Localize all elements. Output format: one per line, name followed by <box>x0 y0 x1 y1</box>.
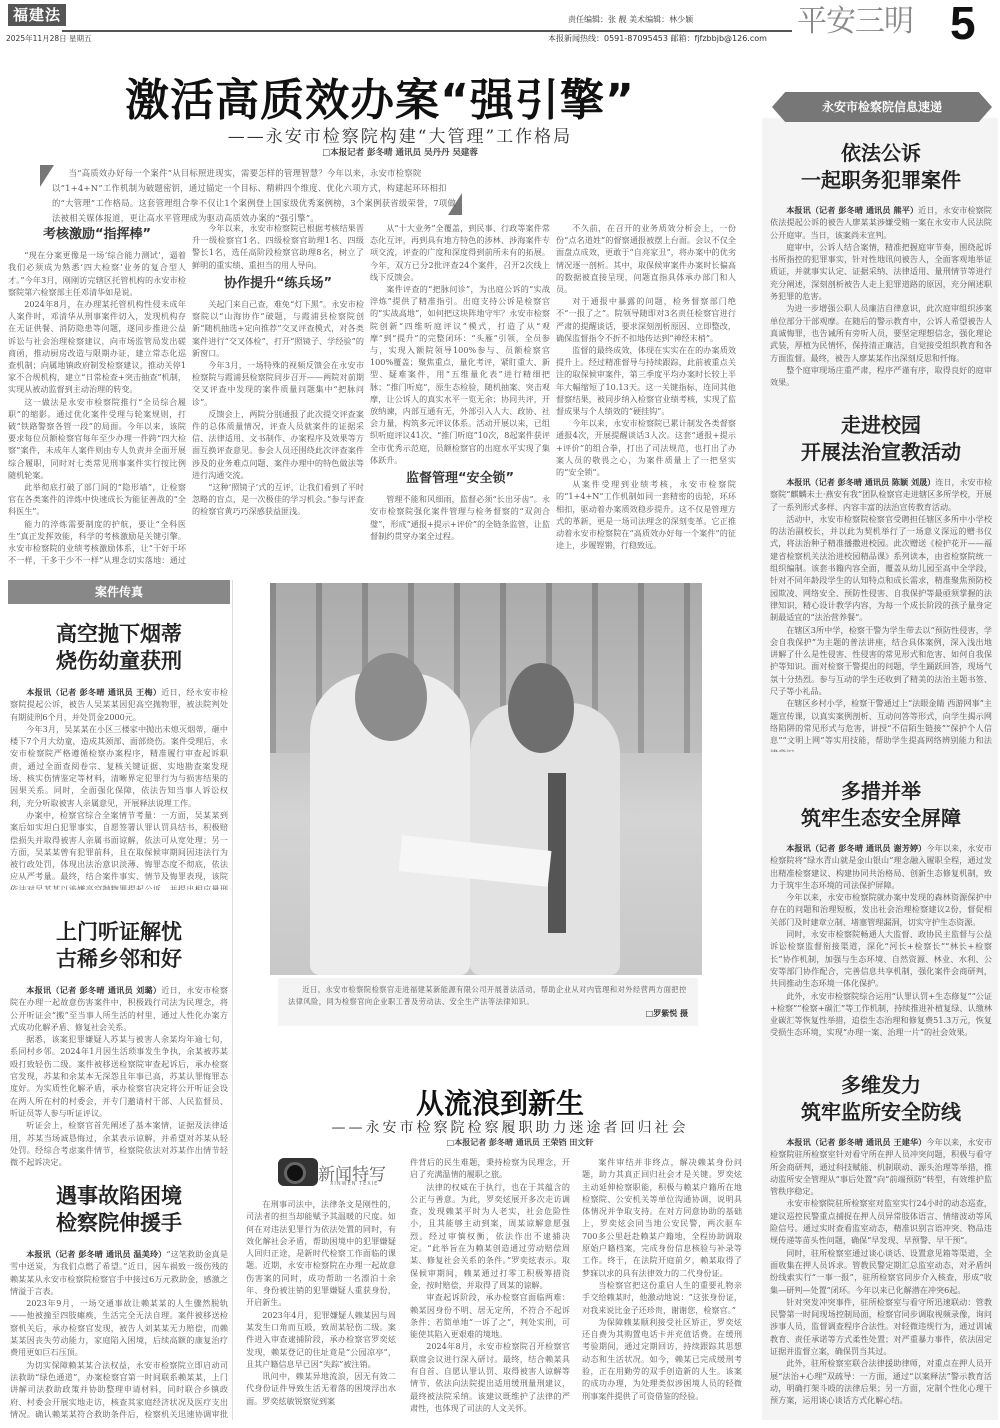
sidebar-banner: 永安市检察院信息速递 <box>772 92 992 122</box>
paragraph: 不久前，在召开的业务质效分析会上，一份份“点名道姓”的督察通报被摆上台面。会议不… <box>556 222 736 295</box>
paragraph: 反馈会上，两院分别通报了此次提交评查案件的总体质量情况，评查人员就案件的证据采信… <box>192 408 364 481</box>
article-headline-line2: 开展法治宣教活动 <box>770 439 992 466</box>
article-headline-line1: 多维发力 <box>770 1072 992 1099</box>
paragraph: 2024年8月，永安市检察院召开检察官联席会议进行深入研讨。最终，结合赖某具有自… <box>410 1340 570 1414</box>
article-headline-line1: 多措并举 <box>770 778 992 805</box>
masthead-divider <box>62 30 792 32</box>
paragraph: 此举彻底打破了部门间的“隐形墙”，让检察官在各类案件的淬炼中快速成长为能征善战的… <box>8 481 186 518</box>
section-subhead: 监督管理“安全锁” <box>370 473 550 485</box>
paragraph: 为切实保障赖某某合法权益，永安市检察院立即启动司法救助“绿色通道”，办案检察官第… <box>10 1359 228 1422</box>
paragraph: 讯问中，赖某异地流浪，因无有效二代身份证件导致生活无着落的困境浮出水面。罗奕炫敏… <box>246 1370 396 1407</box>
paragraph: 案件审结并非终点，解决赖某身份问题，助力其真正回归社会才是关键。罗奕炫主动延伸检… <box>582 1156 742 1279</box>
paragraph: 永安市检察院驻所检察室对监室实行24小时的动态巡查，建议巡控民警重点捕捉在押人员… <box>770 1197 992 1246</box>
paragraph: 据悉，该案犯罪嫌疑人苏某与被害人余某均年逾七旬，系同村乡邻。2024年1月因生活… <box>10 1033 228 1119</box>
paragraph: 案件评查的“把脉问诊”，为出庭公诉的“实战淬炼”提供了精准指引。出庭支持公诉是检… <box>370 283 550 466</box>
main-article-column-1: 考核激励“指挥棒” “现在分案更像是一场‘综合能力测试’，逼着我们必须成为熟悉‘… <box>8 222 186 567</box>
paragraph: 为保障赖某顺利接受社区矫正，罗奕炫还自费为其购置电话卡并充值话费。在缓刑考验期间… <box>582 1316 742 1402</box>
paragraph: 当检察官把这份重启人生的重要礼物亲手交给赖某时，他激动地说：“这张身份证，对我来… <box>582 1279 742 1316</box>
main-article-column-2: 今年以来，永安市检察院已根据考核结果晋升一级检察官1名、四级检察官助理1名、四级… <box>192 222 364 567</box>
paragraph: 今年3月，吴某某在小区三楼家中抛出未熄灭烟蒂，砸中楼下7个月大幼童，造成其颈部、… <box>10 723 228 809</box>
dateline: 本报讯（记者 彭冬晴 通讯员 谢芳婷） <box>786 843 926 853</box>
paragraph: 整个庭审现场庄重严肃，程序严谨有序，取得良好的庭审效果。 <box>770 364 992 389</box>
section-title: 平安三明 <box>797 2 913 42</box>
article-headline-line2: 一起职务犯罪案件 <box>770 167 992 194</box>
paragraph: 2023年4月，犯罪嫌疑人赖某因与周某发生口角而互殴，致周某轻伤二级。案件进入审… <box>246 1309 396 1370</box>
paragraph: 从“十大业务”全覆盖，到民事、行政等案件常态化互评，再到具有地方特色的涉林、涉海… <box>370 222 550 283</box>
case-column-banner: 案件传真 <box>8 580 230 604</box>
camera-lens-icon <box>284 1162 306 1184</box>
article-headline-line1: 遇事故陷困境 <box>10 1182 228 1209</box>
paragraph: 关起门来自己查，难免“灯下黑”。永安市检察院以“山海协作”破题，与霞浦县检察院创… <box>192 298 364 359</box>
editors-credit: 责任编辑：张 靓 美术编辑：林少颖 <box>568 14 693 25</box>
dateline: 本报讯（记者 彭冬晴 通讯员 刘璐） <box>26 985 161 995</box>
paragraph: 从案件受理到业绩考核，永安市检察院的“1+4+N”工作机制如同一套精密的齿轮，环… <box>556 478 736 551</box>
paragraph: 今年以来，永安市检察院已根据考核结果晋升一级检察官1名、四级检察官助理1名、四级… <box>192 222 364 271</box>
article-headline-line1: 依法公诉 <box>770 140 992 167</box>
paragraph: 活动中，永安市检察院检察官受聘担任辖区多所中小学校的法治副校长，并以此为契机举行… <box>770 513 992 624</box>
case-article-1: 高空抛下烟蒂 烧伤幼童获刑 本报讯（记者 彭冬晴 通讯员 王梅）近日，经永安市检… <box>10 620 228 890</box>
paragraph: 这一做法是永安市检察院推行“全员综合履职”的缩影。通过优化案件受理与轮案规则，打… <box>8 396 186 481</box>
paragraph: “现在分案更像是一场‘综合能力测试’，逼着我们必须成为熟悉‘四大检察’业务的复合… <box>8 249 186 298</box>
photo-caption-box: 近日，永安市检察院检察官走进福建某新能源有限公司开展普法活动，帮助企业从对内管理… <box>278 978 698 1026</box>
main-article-column-3: 从“十大业务”全覆盖，到民事、行政等案件常态化互评，再到具有地方特色的涉林、涉海… <box>370 222 550 567</box>
feature-badge-pinyin: XINWEN TEXIE <box>330 1181 378 1187</box>
paragraph: 管理不能和风细雨，监督必须“长出牙齿”。永安市检察院强化案件管理与检务督察的“双… <box>370 493 550 542</box>
paragraph: 件背后的民生难题，秉持检察为民理念，开启了充满温情的履职之旅。 <box>410 1156 570 1181</box>
feature-byline: □本报记者 彭冬晴 通讯员 王荣铛 田文轩 <box>395 1137 645 1148</box>
main-byline: □本报记者 彭冬晴 通讯员 吴丹丹 吴建蓉 <box>230 146 570 158</box>
paragraph: 审查起诉阶段，承办检察官面临两难：赖某因身份不明、居无定所，不符合不起诉条件；若… <box>410 1291 570 1340</box>
article-headline-line2: 检察院伸援手 <box>10 1209 228 1236</box>
article-headline-line2: 烧伤幼童获刑 <box>10 647 228 674</box>
paragraph: 办案中，检察官综合全案情节考量：一方面，吴某某到案后如实坦白犯罪事实，自愿签署认… <box>10 809 228 890</box>
feature-headline: 从流浪到新生 <box>310 1082 690 1122</box>
dateline: 本报讯（记者 彭冬晴 通讯员 陈颖 刘晟） <box>786 477 935 487</box>
article-headline-line1: 上门听证解忧 <box>10 918 228 945</box>
paragraph: 能力的淬炼需要制度的护航，要让“全科医生”真正发挥效能，科学的考核激励是关键引擎… <box>8 518 186 567</box>
paragraph: 听证会上，检察官首先阐述了基本案情，证据及法律适用，苏某当场诚恳悔过，余某表示谅… <box>10 1119 228 1168</box>
photo-credit: □罗紫悦 摄 <box>288 1008 688 1019</box>
sidebar-article-3: 多措并举 筑牢生态安全屏障 本报讯（记者 彭冬晴 通讯员 谢芳婷）今年以来，永安… <box>770 778 992 1048</box>
article-headline-line2: 古稀乡邻和好 <box>10 945 228 972</box>
dateline: 本报讯（记者 彭冬晴 通讯员 王梅） <box>26 687 161 697</box>
page-number: 5 <box>950 0 976 48</box>
article-headline-line1: 走进校园 <box>770 412 992 439</box>
newspaper-logo: 福建法治报 <box>8 4 66 26</box>
news-photo <box>270 583 702 975</box>
paragraph: 在刑事司法中，法律条文是刚性的，司法者的担当却能赋予其温暖的尺度。如何在对违法犯… <box>246 1198 396 1309</box>
feature-column-3: 案件审结并非终点，解决赖某身份问题，助力其真正回归社会才是关键。罗奕炫主动延伸检… <box>582 1156 742 1423</box>
photo-caption: 近日，永安市检察院检察官走进福建某新能源有限公司开展普法活动，帮助企业从对内管理… <box>288 984 688 1008</box>
contact-hotline: 本报新闻热线：0591-87095453 邮箱：fjfzbbjb@126.com <box>548 33 767 44</box>
main-headline: 激活高质效办案“强引擎” <box>80 74 680 128</box>
paragraph: 在辖区3所中学，检察干警为学生带去以“预防性侵害，学会自我保护”为主题的普法讲座… <box>770 624 992 698</box>
sidebar-article-1: 依法公诉 一起职务犯罪案件 本报讯（记者 彭冬晴 通讯员 熊平）近日，永安市检察… <box>770 140 992 390</box>
paragraph: 今年3月，一场特殊的视频反馈会在永安市检察院与霞浦县检察院同步召开——两院对前期… <box>192 359 364 408</box>
paragraph: 法律的权威在于执行，也在于其蕴含的公正与善意。为此，罗奕炫展开多次走访调查，发现… <box>410 1181 570 1292</box>
article-headline-line2: 筑牢监所安全防线 <box>770 1099 992 1126</box>
article-headline-line2: 筑牢生态安全屏障 <box>770 805 992 832</box>
feature-column-1: 在刑事司法中，法律条文是刚性的，司法者的担当却能赋予其温暖的尺度。如何在对违法犯… <box>246 1198 396 1423</box>
feature-column-2: 件背后的民生难题，秉持检察为民理念，开启了充满温情的履职之旅。 法律的权威在于执… <box>410 1156 570 1423</box>
issue-date: 2025年11月28日 星期五 <box>6 33 92 44</box>
paragraph: 针对突发冲突事件，驻所检察室与看守所迅速联动：管教民警第一时间现场控制局面，检察… <box>770 1296 992 1357</box>
feature-subheadline: ——永安市检察院检察履职助力迷途者回归社会 <box>280 1117 740 1137</box>
paragraph: 今年以来，永安市检察院已累计制发各类督察通报4次，开展提醒谈话3人次。这套“通报… <box>556 417 736 478</box>
paragraph: 此外，驻所检察室联合法律援助律师，对重点在押人员开展“法治+心理”双疏导：一方面… <box>770 1357 992 1406</box>
paragraph: 同时，驻所检察室通过谈心谈话、设置意见箱等渠道，全面收集在押人员诉求。管教民警定… <box>770 1247 992 1296</box>
dateline: 本报讯（记者 彭冬晴 通讯员 熊平） <box>786 205 918 215</box>
case-article-2: 上门听证解忧 古稀乡邻和好 本报讯（记者 彭冬晴 通讯员 刘璐）近日，永安市检察… <box>10 918 228 1168</box>
paragraph: 为进一步增强公职人员廉洁自律意识，此次庭审组织涉案单位部分干部观摩。在随后的警示… <box>770 302 992 363</box>
photo-person-man-head <box>355 653 427 741</box>
section-subhead: 协作提升“练兵场” <box>192 278 364 290</box>
section-subhead: 考核激励“指挥棒” <box>8 229 186 241</box>
paragraph: 对于通报中暴露的问题，检务督察部门绝不“一报了之”。院领导随即对3名责任检察官进… <box>556 295 736 344</box>
main-lead: 当“高质效办好每一个案件”从目标照进现实，需要怎样的管理智慧？今年以来，永安市检… <box>52 166 457 226</box>
paragraph: 2023年9月，一场交通事故让赖某某的人生骤然脱轨——他被撞至四肢瘫痪，生活完全… <box>10 1297 228 1358</box>
paragraph: 监督的最终成效，体现在实实在在的办案质效提升上。经过精准督导与持续跟踪，此前被重… <box>556 344 736 417</box>
paragraph: 2024年8月，在办理某托管机构性侵未成年人案件时，邓清华从刑事案件切入，发现机… <box>8 298 186 396</box>
sidebar-article-4: 多维发力 筑牢监所安全防线 本报讯（记者 彭冬晴 通讯员 王建华）今年以来，永安… <box>770 1072 992 1422</box>
photo-person-prosecutor-head <box>508 663 574 753</box>
sidebar-article-2: 走进校园 开展法治宣教活动 本报讯（记者 彭冬晴 通讯员 陈颖 刘晟）连日，永安… <box>770 412 992 752</box>
column-divider <box>232 580 233 1420</box>
paragraph: 今年以来，永安市检察院就办案中发现的森林资源保护中存在的问题和治理短板，发出社会… <box>770 891 992 928</box>
main-subheadline: ——永安市检察院构建“大管理”工作格局 <box>140 122 660 147</box>
paragraph: 此外，永安市检察院综合运用“认罪认罚+生态修复”“公证+检察”“检察+碳汇”等工… <box>770 990 992 1039</box>
dateline: 本报讯（记者 彭冬晴 通讯员 温美玲） <box>26 1249 166 1259</box>
main-article-column-4: 不久前，在召开的业务质效分析会上，一份份“点名道姓”的督察通报被摆上台面。会议不… <box>556 222 736 567</box>
case-article-3: 遇事故陷困境 检察院伸援手 本报讯（记者 彭冬晴 通讯员 温美玲）“这笔救助金真… <box>10 1182 228 1422</box>
paragraph: “这种‘照镜子’式的互评，让我们看到了平时忽略的盲点，是一次极佳的学习机会。”参… <box>192 481 364 518</box>
article-headline-line1: 高空抛下烟蒂 <box>10 620 228 647</box>
paragraph: 在辖区乡村小学，检察干警通过上“法眼金睛 西游网事”主题宣传课，以真实案例剖析、… <box>770 697 992 752</box>
dateline: 本报讯（记者 彭冬晴 通讯员 王建华） <box>786 1137 926 1147</box>
paragraph: 庭审中，公诉人结合案情，精准把握庭审节奏，围绕起诉书所指控的犯罪事实，针对性地讯… <box>770 241 992 302</box>
paragraph: 同时，永安市检察院畅通人大监督、政协民主监督与公益诉讼检察监督衔接渠道，深化“河… <box>770 928 992 989</box>
